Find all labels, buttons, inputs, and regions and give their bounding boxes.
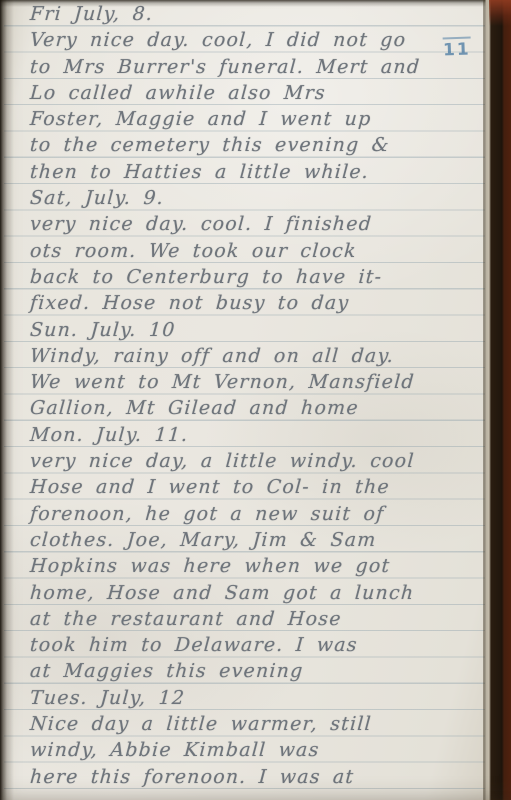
diary-line: to the cemetery this evening & — [29, 132, 487, 158]
diary-lines: Fri July, 8.Very nice day. cool, I did n… — [30, 1, 486, 790]
cover-corner — [489, 0, 511, 26]
diary-line: home, Hose and Sam got a lunch — [29, 580, 487, 606]
diary-line: Hopkins was here when we got — [29, 553, 487, 579]
diary-line: Hose and I went to Col- in the — [29, 474, 487, 500]
diary-line: Fri July, 8. — [29, 1, 487, 27]
diary-line: Lo called awhile also Mrs — [29, 80, 487, 106]
diary-line: Sat, July. 9. — [29, 185, 487, 211]
diary-line: Gallion, Mt Gilead and home — [29, 395, 487, 421]
diary-line: then to Hatties a little while. — [29, 159, 487, 185]
diary-line: very nice day. cool. I finished — [29, 211, 487, 237]
diary-line: took him to Delaware. I was — [29, 632, 487, 658]
diary-page-scan: Fri July, 8.Very nice day. cool, I did n… — [0, 0, 511, 800]
diary-line: fixed. Hose not busy to day — [29, 290, 487, 316]
diary-line: Foster, Maggie and I went up — [29, 106, 487, 132]
diary-line: Windy, rainy off and on all day. — [29, 343, 487, 369]
diary-line: to Mrs Burrer's funeral. Mert and — [29, 54, 487, 80]
diary-line: ots room. We took our clock — [29, 238, 487, 264]
diary-line: Nice day a little warmer, still — [29, 711, 487, 737]
diary-line: Tues. July, 12 — [29, 685, 487, 711]
diary-line: clothes. Joe, Mary, Jim & Sam — [29, 527, 487, 553]
page-number-stamp: 11 — [443, 37, 471, 61]
diary-line: here this forenoon. I was at — [29, 764, 487, 790]
diary-line: Mon. July. 11. — [29, 422, 487, 448]
diary-line: Sun. July. 10 — [29, 317, 487, 343]
diary-line: windy, Abbie Kimball was — [29, 737, 487, 763]
diary-line: back to Centerburg to have it- — [29, 264, 487, 290]
diary-line: at Maggies this evening — [29, 658, 487, 684]
book-gutter-edge — [0, 0, 14, 800]
diary-line: We went to Mt Vernon, Mansfield — [29, 369, 487, 395]
diary-line: at the restaurant and Hose — [29, 606, 487, 632]
diary-line: very nice day, a little windy. cool — [29, 448, 487, 474]
diary-line: Very nice day. cool, I did not go — [29, 27, 487, 53]
book-right-edge — [483, 0, 511, 800]
diary-line: forenoon, he got a new suit of — [29, 501, 487, 527]
